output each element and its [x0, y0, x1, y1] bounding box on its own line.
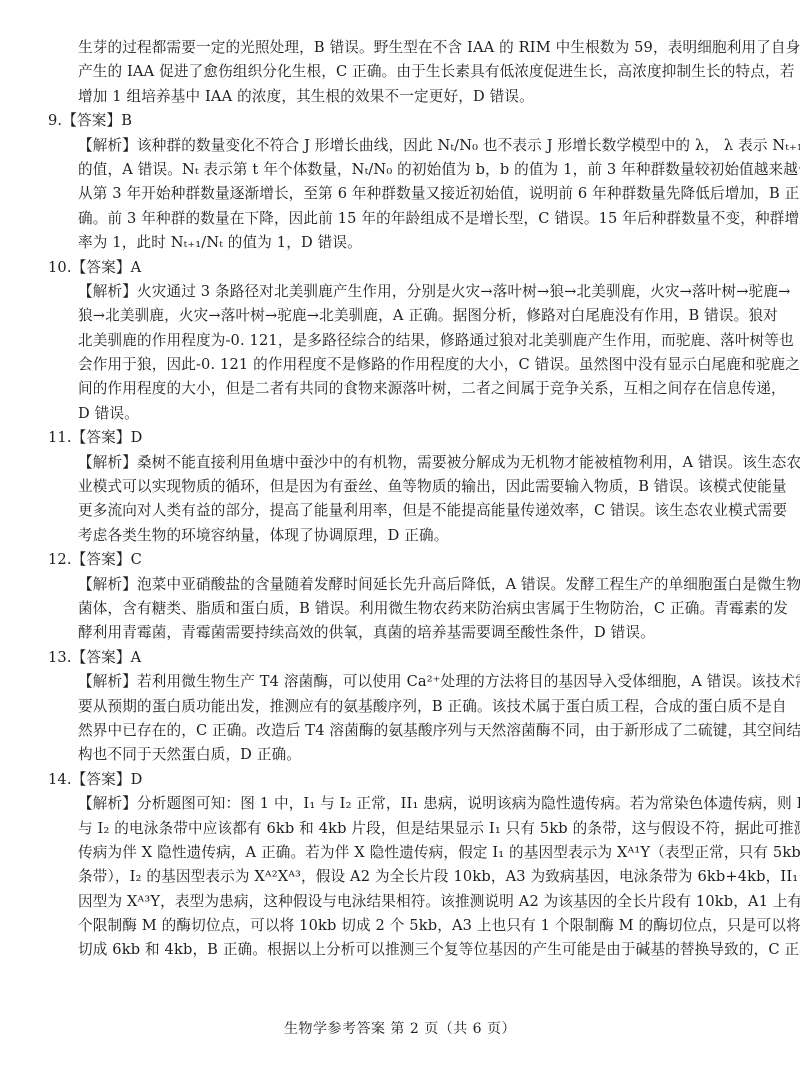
text-line: 条带），I₂ 的基因型表示为 Xᴬ²Xᴬ³，假设 A2 为全长片段 10kb，A… — [48, 865, 760, 889]
answer-line: 13.【答案】A — [48, 646, 760, 670]
text-line: 构也不同于天然蛋白质，D 正确。 — [48, 743, 760, 767]
analysis-line: 【解析】桑树不能直接利用鱼塘中蚕沙中的有机物，需要被分解成为无机物才能被植物利用… — [48, 451, 760, 475]
text-line: 更多流向对人类有益的部分，提高了能量利用率，但是不能提高能量传递效率，C 错误。… — [48, 499, 760, 523]
answer-line: 14.【答案】D — [48, 768, 760, 792]
text-line: 狼→北美驯鹿，火灾→落叶树→驼鹿→北美驯鹿，A 正确。据图分析，修路对白尾鹿没有… — [48, 304, 760, 328]
question-number: 14. — [48, 771, 72, 788]
answer-value: C — [131, 551, 142, 568]
text-line: 要从预期的蛋白质功能出发，推测应有的氨基酸序列，B 正确。该技术属于蛋白质工程，… — [48, 695, 760, 719]
answer-label: 【答案】 — [72, 649, 131, 666]
analysis-line: 【解析】泡菜中亚硝酸盐的含量随着发酵时间延长先升高后降低，A 错误。发酵工程生产… — [48, 573, 760, 597]
text-line: 因型为 Xᴬ³Y，表型为患病，这种假设与电泳结果相符。该推测说明 A2 为该基因… — [48, 890, 760, 914]
question-10: 10.【答案】A 【解析】火灾通过 3 条路径对北美驯鹿产生作用，分别是火灾→落… — [48, 256, 760, 427]
text-line: 生芽的过程都需要一定的光照处理，B 错误。野生型在不含 IAA 的 RIM 中生… — [48, 36, 760, 60]
analysis-label: 【解析】 — [78, 283, 137, 300]
question-number: 9. — [48, 112, 62, 129]
analysis-line: 【解析】分析题图可知：图 1 中，I₁ 与 I₂ 正常，II₁ 患病，说明该病为… — [48, 792, 760, 816]
answer-value: A — [131, 649, 142, 666]
answer-label: 【答案】 — [72, 429, 131, 446]
text-line: 从第 3 年开始种群数量逐渐增长，至第 6 年种群数量又接近初始值，说明前 6 … — [48, 182, 760, 206]
analysis-label: 【解析】 — [78, 673, 137, 690]
analysis-label: 【解析】 — [78, 576, 137, 593]
question-number: 11. — [48, 429, 72, 446]
analysis-label: 【解析】 — [78, 795, 137, 812]
answer-label: 【答案】 — [62, 112, 121, 129]
text-line: 的值，A 错误。Nₜ 表示第 t 年个体数量，Nₜ/N₀ 的初始值为 b，b 的… — [48, 158, 760, 182]
text-line: 若利用微生物生产 T4 溶菌酶，可以使用 Ca²⁺处理的方法将目的基因导入受体细… — [137, 673, 800, 690]
answer-value: D — [131, 429, 143, 446]
text-line: 业模式可以实现物质的循环，但是因为有蚕丝、鱼等物质的输出，因此需要输入物质，B … — [48, 475, 760, 499]
document-page: 生芽的过程都需要一定的光照处理，B 错误。野生型在不含 IAA 的 RIM 中生… — [0, 0, 800, 1066]
text-line: 率为 1，此时 Nₜ₊₁/Nₜ 的值为 1，D 错误。 — [48, 231, 760, 255]
text-line: 产生的 IAA 促进了愈伤组织分化生根，C 正确。由于生长素具有低浓度促进生长，… — [48, 60, 760, 84]
answer-label: 【答案】 — [72, 551, 131, 568]
answer-value: B — [121, 112, 132, 129]
page-footer: 生物学参考答案 第 2 页（共 6 页） — [0, 1018, 800, 1038]
analysis-line: 【解析】若利用微生物生产 T4 溶菌酶，可以使用 Ca²⁺处理的方法将目的基因导… — [48, 670, 760, 694]
question-11: 11.【答案】D 【解析】桑树不能直接利用鱼塘中蚕沙中的有机物，需要被分解成为无… — [48, 426, 760, 548]
analysis-label: 【解析】 — [78, 454, 137, 471]
question-9: 9.【答案】B 【解析】该种群的数量变化不符合 J 形增长曲线，因此 Nₜ/N₀… — [48, 109, 760, 255]
text-line: 桑树不能直接利用鱼塘中蚕沙中的有机物，需要被分解成为无机物才能被植物利用，A 错… — [137, 454, 800, 471]
analysis-line: 【解析】火灾通过 3 条路径对北美驯鹿产生作用，分别是火灾→落叶树→狼→北美驯鹿… — [48, 280, 760, 304]
text-line: 增加 1 组培养基中 IAA 的浓度，其生根的效果不一定更好，D 错误。 — [48, 85, 760, 109]
answer-value: D — [131, 771, 143, 788]
answer-line: 10.【答案】A — [48, 256, 760, 280]
text-line: 传病为伴 X 隐性遗传病，A 正确。若为伴 X 隐性遗传病，假定 I₁ 的基因型… — [48, 841, 760, 865]
question-number: 12. — [48, 551, 72, 568]
answer-content: 生芽的过程都需要一定的光照处理，B 错误。野生型在不含 IAA 的 RIM 中生… — [48, 36, 760, 963]
question-12: 12.【答案】C 【解析】泡菜中亚硝酸盐的含量随着发酵时间延长先升高后降低，A … — [48, 548, 760, 646]
answer-label: 【答案】 — [72, 259, 131, 276]
analysis-label: 【解析】 — [78, 137, 137, 154]
question-13: 13.【答案】A 【解析】若利用微生物生产 T4 溶菌酶，可以使用 Ca²⁺处理… — [48, 646, 760, 768]
text-line: 泡菜中亚硝酸盐的含量随着发酵时间延长先升高后降低，A 错误。发酵工程生产的单细胞… — [137, 576, 800, 593]
continuation-block: 生芽的过程都需要一定的光照处理，B 错误。野生型在不含 IAA 的 RIM 中生… — [48, 36, 760, 109]
text-line: D 错误。 — [48, 402, 760, 426]
question-14: 14.【答案】D 【解析】分析题图可知：图 1 中，I₁ 与 I₂ 正常，II₁… — [48, 768, 760, 963]
analysis-line: 【解析】该种群的数量变化不符合 J 形增长曲线，因此 Nₜ/N₀ 也不表示 J … — [48, 134, 760, 158]
answer-value: A — [131, 259, 142, 276]
text-line: 该种群的数量变化不符合 J 形增长曲线，因此 Nₜ/N₀ 也不表示 J 形增长数… — [137, 137, 800, 154]
answer-line: 9.【答案】B — [48, 109, 760, 133]
answer-label: 【答案】 — [72, 771, 131, 788]
question-number: 13. — [48, 649, 72, 666]
text-line: 个限制酶 M 的酶切位点，可以将 10kb 切成 2 个 5kb，A3 上也只有… — [48, 914, 760, 938]
text-line: 然界中已存在的，C 正确。改造后 T4 溶菌酶的氨基酸序列与天然溶菌酶不同，由于… — [48, 719, 760, 743]
text-line: 分析题图可知：图 1 中，I₁ 与 I₂ 正常，II₁ 患病，说明该病为隐性遗传… — [137, 795, 800, 812]
text-line: 确。前 3 年种群的数量在下降，因此前 15 年的年龄组成不是增长型，C 错误。… — [48, 207, 760, 231]
question-number: 10. — [48, 259, 72, 276]
text-line: 与 I₂ 的电泳条带中应该都有 6kb 和 4kb 片段，但是结果显示 I₁ 只… — [48, 817, 760, 841]
text-line: 酵利用青霉菌，青霉菌需要持续高效的供氧，真菌的培养基需要调至酸性条件，D 错误。 — [48, 621, 760, 645]
text-line: 切成 6kb 和 4kb，B 正确。根据以上分析可以推测三个复等位基因的产生可能… — [48, 938, 760, 962]
text-line: 北美驯鹿的作用程度为-0. 121，是多路径综合的结果，修路通过狼对北美驯鹿产生… — [48, 329, 760, 353]
text-line: 考虑各类生物的环境容纳量，体现了协调原理，D 正确。 — [48, 524, 760, 548]
answer-line: 11.【答案】D — [48, 426, 760, 450]
text-line: 会作用于狼，因此-0. 121 的作用程度不是修路的作用程度的大小，C 错误。虽… — [48, 353, 760, 377]
answer-line: 12.【答案】C — [48, 548, 760, 572]
text-line: 间的作用程度的大小，但是二者有共同的食物来源落叶树，二者之间属于竞争关系，互相之… — [48, 377, 760, 401]
text-line: 火灾通过 3 条路径对北美驯鹿产生作用，分别是火灾→落叶树→狼→北美驯鹿，火灾→… — [137, 283, 791, 300]
text-line: 菌体，含有糖类、脂质和蛋白质，B 错误。利用微生物农药来防治病虫害属于生物防治，… — [48, 597, 760, 621]
